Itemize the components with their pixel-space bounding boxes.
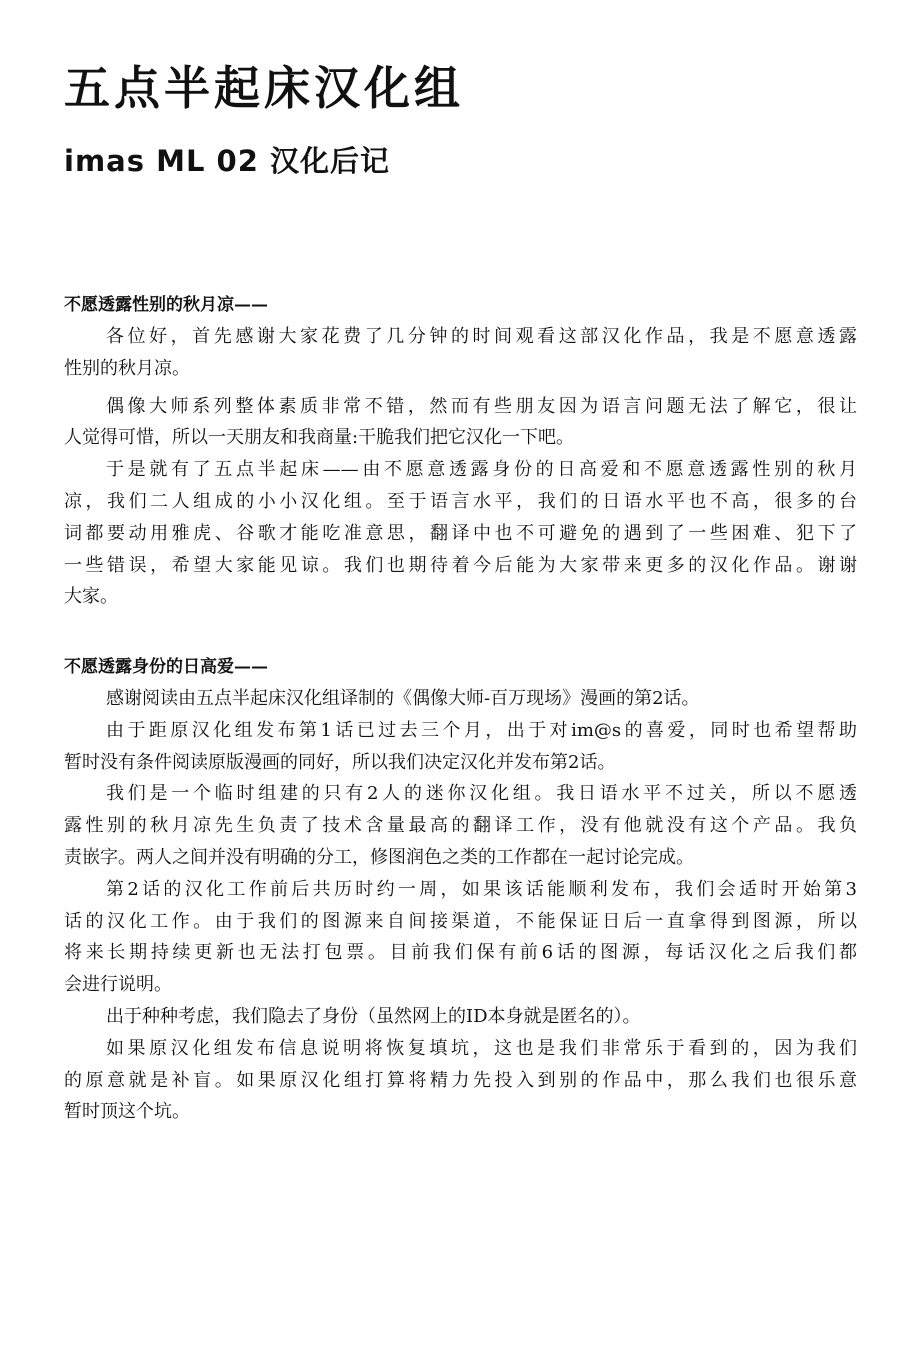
text-line: 各位好，首先感谢大家花费了几分钟的时间观看这部汉化作品，我是不愿意透露 <box>64 321 857 353</box>
text-line: 暂时顶这个坑。 <box>64 1096 857 1128</box>
text-line: 如果原汉化组发布信息说明将恢复填坑，这也是我们非常乐于看到的，因为我们 <box>64 1033 857 1065</box>
paragraph: 于是就有了五点半起床——由不愿意透露身份的日高爱和不愿意透露性别的秋月 凉，我们… <box>64 454 857 613</box>
text-line: 词都要动用雅虎、谷歌才能吃准意思，翻译中也不可避免的遇到了一些困难、犯下了 <box>64 518 857 550</box>
paragraph: 我们是一个临时组建的只有2人的迷你汉化组。我日语水平不过关，所以不愿透 露性别的… <box>64 778 857 873</box>
section-heading: 不愿透露身份的日高爱—— <box>64 651 857 683</box>
page-title: 五点半起床汉化组 <box>64 58 464 118</box>
section-heading: 不愿透露性别的秋月凉—— <box>64 289 857 321</box>
text-line: 出于种种考虑，我们隐去了身份（虽然网上的ID本身就是匿名的）。 <box>64 1001 857 1033</box>
page-subtitle: imas ML 02 汉化后记 <box>64 141 390 181</box>
paragraph: 出于种种考虑，我们隐去了身份（虽然网上的ID本身就是匿名的）。 <box>64 1001 857 1033</box>
text-line: 话的汉化工作。由于我们的图源来自间接渠道，不能保证日后一直拿得到图源，所以 <box>64 906 857 938</box>
text-line: 由于距原汉化组发布第1话已过去三个月，出于对im@s的喜爱，同时也希望帮助 <box>64 715 857 747</box>
text-line: 会进行说明。 <box>64 969 857 1001</box>
text-line: 感谢阅读由五点半起床汉化组译制的《偶像大师-百万现场》漫画的第2话。 <box>64 683 857 715</box>
text-line: 性别的秋月凉。 <box>64 353 857 385</box>
paragraph: 感谢阅读由五点半起床汉化组译制的《偶像大师-百万现场》漫画的第2话。 <box>64 683 857 715</box>
text-line: 凉，我们二人组成的小小汉化组。至于语言水平，我们的日语水平也不高，很多的台 <box>64 486 857 518</box>
text-line: 责嵌字。两人之间并没有明确的分工，修图润色之类的工作都在一起讨论完成。 <box>64 842 857 874</box>
text-line: 将来长期持续更新也无法打包票。目前我们保有前6话的图源，每话汉化之后我们都 <box>64 937 857 969</box>
text-line: 第2话的汉化工作前后共历时约一周，如果该话能顺利发布，我们会适时开始第3 <box>64 874 857 906</box>
text-line: 一些错误，希望大家能见谅。我们也期待着今后能为大家带来更多的汉化作品。谢谢 <box>64 550 857 582</box>
section-hidaka-ai: 不愿透露身份的日高爱—— 感谢阅读由五点半起床汉化组译制的《偶像大师-百万现场》… <box>64 651 857 1128</box>
paragraph: 如果原汉化组发布信息说明将恢复填坑，这也是我们非常乐于看到的，因为我们 的原意就… <box>64 1033 857 1128</box>
text-line: 我们是一个临时组建的只有2人的迷你汉化组。我日语水平不过关，所以不愿透 <box>64 778 857 810</box>
paragraph: 由于距原汉化组发布第1话已过去三个月，出于对im@s的喜爱，同时也希望帮助 暂时… <box>64 715 857 779</box>
text-line: 暂时没有条件阅读原版漫画的同好，所以我们决定汉化并发布第2话。 <box>64 747 857 779</box>
text-line: 偶像大师系列整体素质非常不错，然而有些朋友因为语言问题无法了解它，很让 <box>64 391 857 423</box>
text-line: 于是就有了五点半起床——由不愿意透露身份的日高爱和不愿意透露性别的秋月 <box>64 454 857 486</box>
section-akizuki-ryo: 不愿透露性别的秋月凉—— 各位好，首先感谢大家花费了几分钟的时间观看这部汉化作品… <box>64 289 857 613</box>
paragraph: 偶像大师系列整体素质非常不错，然而有些朋友因为语言问题无法了解它，很让 人觉得可… <box>64 391 857 455</box>
text-line: 露性别的秋月凉先生负责了技术含量最高的翻译工作，没有他就没有这个产品。我负 <box>64 810 857 842</box>
paragraph: 第2话的汉化工作前后共历时约一周，如果该话能顺利发布，我们会适时开始第3 话的汉… <box>64 874 857 1001</box>
text-line: 人觉得可惜，所以一天朋友和我商量:干脆我们把它汉化一下吧。 <box>64 422 857 454</box>
text-line: 大家。 <box>64 581 857 613</box>
paragraph: 各位好，首先感谢大家花费了几分钟的时间观看这部汉化作品，我是不愿意透露 性别的秋… <box>64 321 857 385</box>
text-line: 的原意就是补盲。如果原汉化组打算将精力先投入到别的作品中，那么我们也很乐意 <box>64 1065 857 1097</box>
